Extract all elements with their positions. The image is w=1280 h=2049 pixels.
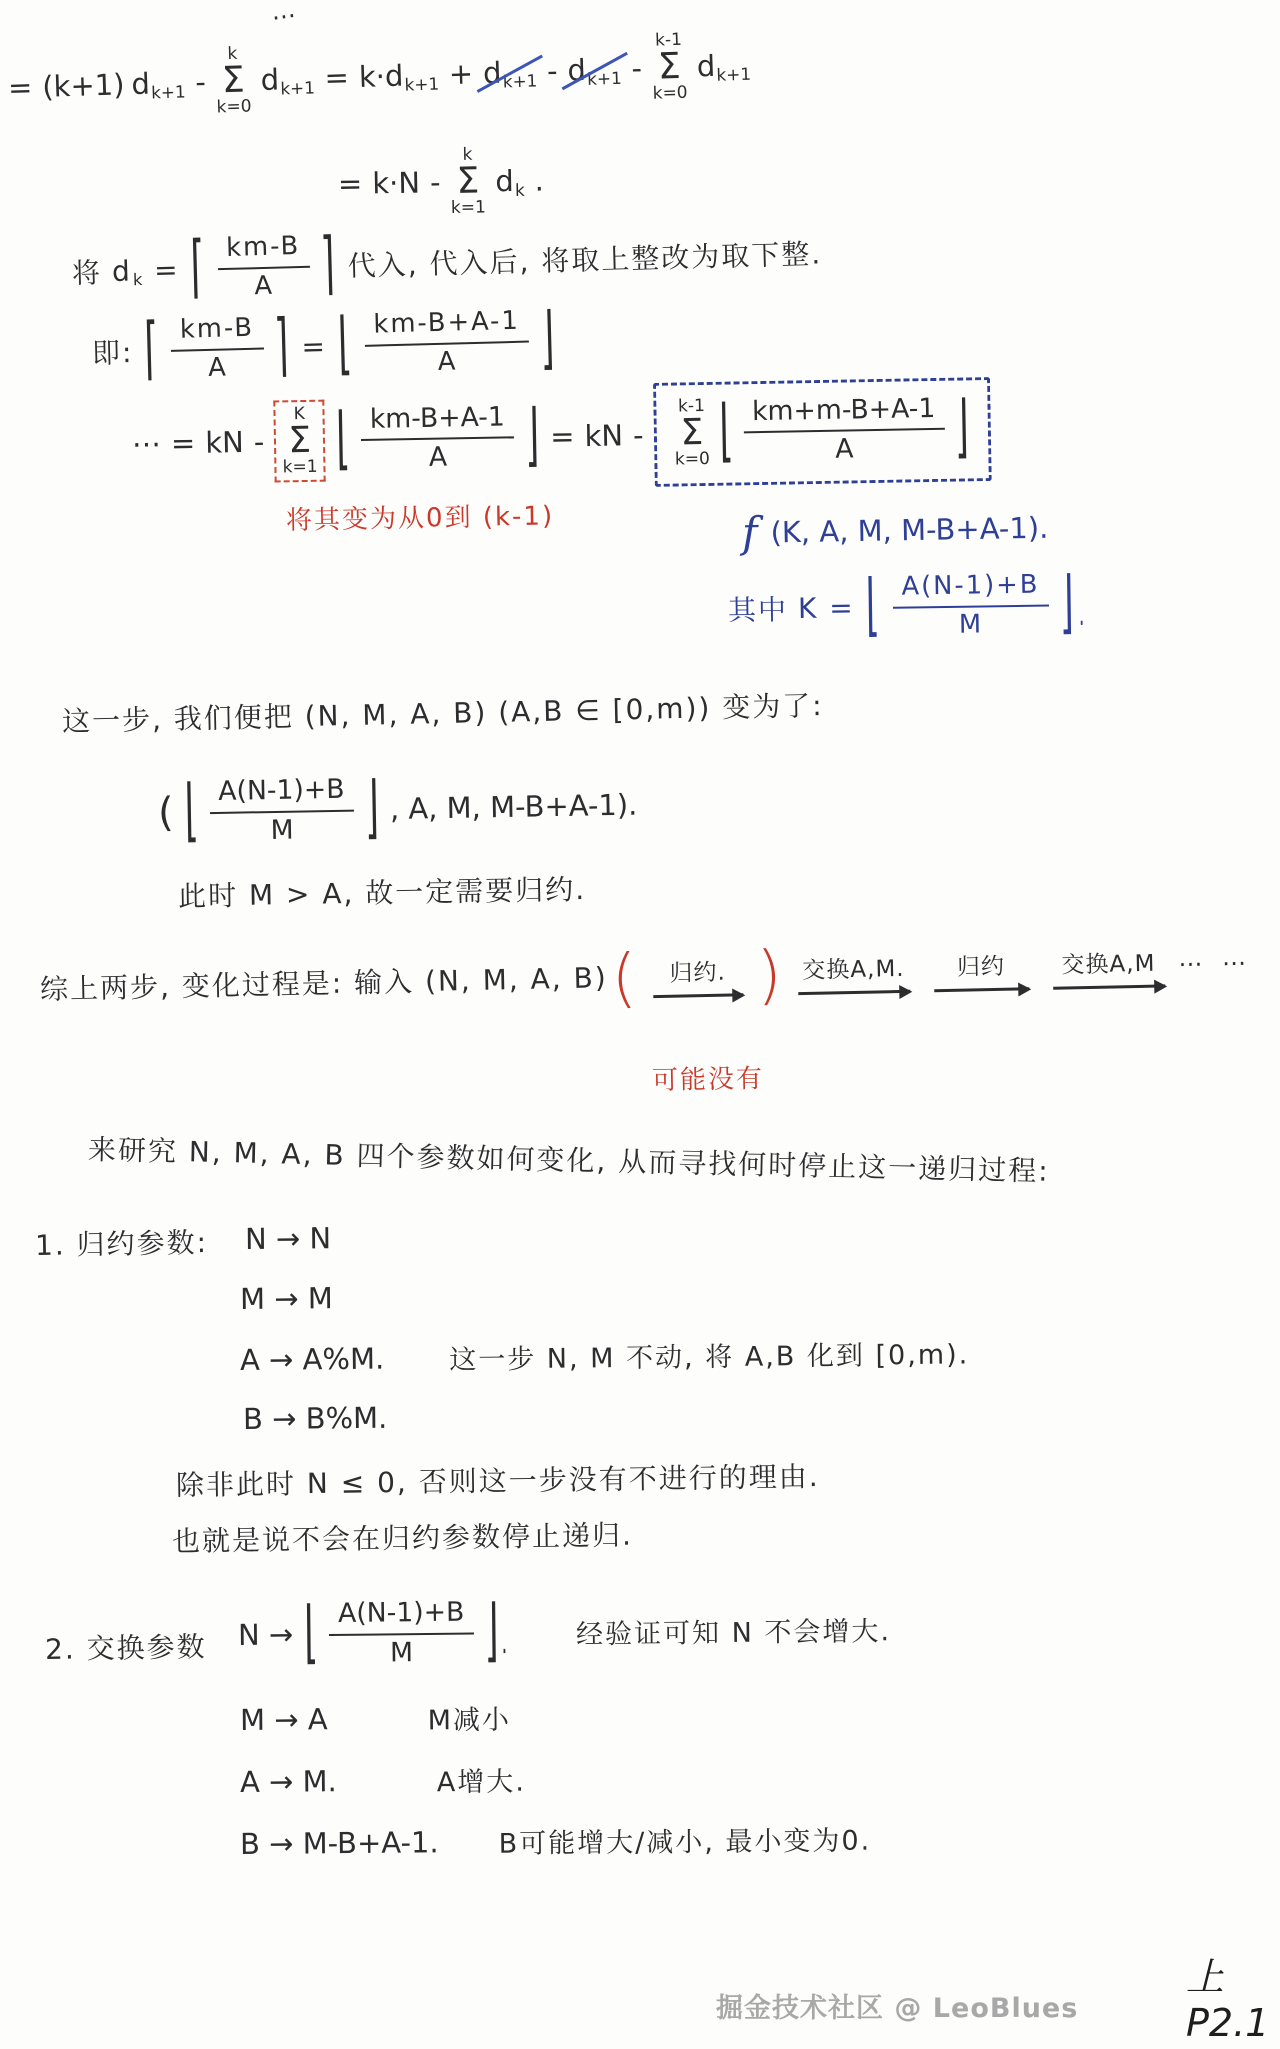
section2-row-m: M → A M减小 bbox=[240, 1698, 511, 1739]
sigma-symbol: Σ bbox=[288, 424, 311, 459]
sum-lower-limit: k=1 bbox=[451, 198, 486, 217]
red-left-paren: ( bbox=[611, 953, 639, 1005]
b-mapping: B → M-B+A-1. bbox=[240, 1825, 439, 1861]
crossed-out-term-2: d k+1 bbox=[567, 52, 622, 88]
crossed-out-term-1: d k+1 bbox=[483, 54, 538, 90]
numerator: km-B+A-1 bbox=[364, 307, 529, 347]
subscript: k+1 bbox=[280, 77, 315, 98]
transform-statement-line: 这一步, 我们便把 (N, M, A, B) (A,B ∈ [0,m)) 变为了… bbox=[62, 684, 824, 740]
transformed-tuple-line: ( ⌊ A(N-1)+B M ⌋ , A, M, M-B+A-1). bbox=[157, 770, 638, 849]
arrow-swap-1: 交换A,M. bbox=[797, 958, 910, 995]
handwritten-math-notes-page: ⋯ = (k+1) d k+1 - k Σ k=0 d k+1 = k·d k+… bbox=[0, 0, 1280, 2049]
equals-sign: = bbox=[550, 419, 575, 453]
sigma-symbol: Σ bbox=[221, 63, 245, 98]
arrow-label: 交换A,M bbox=[1061, 953, 1155, 978]
left-paren: ( bbox=[158, 790, 174, 836]
arrow-shaft bbox=[934, 987, 1029, 992]
denominator: M bbox=[270, 812, 294, 846]
fraction: km-B A bbox=[217, 232, 311, 303]
left-floor-bracket: ⌊ bbox=[865, 573, 882, 642]
arrow-label: 归约. bbox=[669, 962, 726, 986]
numerator: km+m-B+A-1 bbox=[743, 393, 945, 433]
denominator: M bbox=[959, 607, 984, 640]
process-chain-line: 综上两步, 变化过程是: 输入 (N, M, A, B) ( 归约. ) 交换A… bbox=[39, 937, 1252, 1014]
right-floor-bracket: ⌋. bbox=[1059, 570, 1089, 639]
equals-sign: = bbox=[324, 60, 349, 95]
term-d: d k+1 bbox=[260, 61, 315, 97]
left-floor-bracket: ⌊ bbox=[336, 406, 351, 475]
summation-blue: k-1 Σ k=0 bbox=[674, 397, 710, 469]
fraction: A(N-1)+B M bbox=[892, 571, 1049, 641]
a-mapping: A → M. bbox=[240, 1764, 337, 1799]
subscript: k+1 bbox=[716, 63, 751, 84]
row-b-note: B可能增大/减小, 最小变为0. bbox=[498, 1818, 871, 1860]
denominator: M bbox=[390, 1635, 413, 1669]
denominator: A bbox=[208, 350, 228, 383]
m-mapping: M → A bbox=[240, 1702, 328, 1737]
minus-sign: - bbox=[633, 418, 644, 452]
where-k-definition-line: 其中 K = ⌊ A(N-1)+B M ⌋. bbox=[728, 570, 1091, 643]
left-ceiling-bracket: ⌈ bbox=[190, 234, 208, 303]
summation: k Σ k=1 bbox=[450, 145, 486, 217]
arrow-shaft bbox=[798, 990, 910, 995]
blue-dashed-box: k-1 Σ k=0 ⌊ km+m-B+A-1 A ⌋ bbox=[653, 377, 992, 486]
row-m-note: M减小 bbox=[427, 1698, 511, 1738]
need-reduction-line: 此时 M > A, 故一定需要归约. bbox=[178, 868, 587, 915]
row-a-note: A增大. bbox=[437, 1760, 526, 1800]
k-equals: K = bbox=[798, 591, 855, 625]
d-symbol: d bbox=[260, 62, 279, 97]
text-qizhong: 其中 bbox=[728, 588, 789, 629]
sigma-symbol: Σ bbox=[657, 50, 681, 85]
d-symbol: d bbox=[483, 55, 502, 90]
subscript: k bbox=[133, 270, 145, 289]
sigma-symbol: Σ bbox=[680, 416, 703, 451]
d-symbol: d bbox=[131, 66, 150, 101]
denominator: A bbox=[429, 440, 448, 474]
summation-1: k Σ k=0 bbox=[215, 44, 252, 117]
equals-sign: = bbox=[301, 329, 327, 363]
sum-lower-limit: k=0 bbox=[675, 450, 710, 469]
right-floor-bracket: ⌋ bbox=[364, 775, 379, 844]
term-kd: k·d k+1 bbox=[358, 57, 439, 93]
denominator: A bbox=[437, 344, 457, 377]
sigma-symbol: Σ bbox=[456, 164, 479, 199]
red-right-paren: ) bbox=[756, 950, 784, 1002]
denominator: A bbox=[835, 432, 854, 466]
arrow-reduce-optional: 归约. bbox=[652, 961, 743, 998]
left-floor-bracket: ⌊ bbox=[719, 398, 734, 467]
section1-heading: 1. 归约参数: bbox=[35, 1221, 209, 1264]
section2-row-b: B → M-B+A-1. B可能增大/减小, 最小变为0. bbox=[240, 1818, 871, 1863]
equation-line-1: = (k+1) d k+1 - k Σ k=0 d k+1 = k·d k+1 … bbox=[7, 29, 752, 124]
fraction: A(N-1)+B M bbox=[329, 1598, 474, 1670]
kn-term: k·N bbox=[372, 165, 420, 200]
sum-lower-limit: k=0 bbox=[216, 97, 251, 117]
numerator: km-B bbox=[171, 314, 264, 352]
term-d: d k+1 bbox=[696, 47, 751, 83]
section1-row-n: N → N bbox=[245, 1221, 331, 1256]
n-mapping-pre: N → bbox=[238, 1618, 294, 1653]
left-floor-bracket: ⌊ bbox=[304, 1600, 319, 1669]
minus-sign: - bbox=[546, 54, 558, 88]
site-watermark: 掘金技术社区 @ LeoBlues bbox=[716, 1986, 1078, 2025]
chain-ellipsis: ⋯ ⋯ bbox=[1178, 948, 1252, 978]
red-annotation-index-change: 将其变为从0到 (k-1) bbox=[286, 495, 555, 537]
minus-sign: - bbox=[430, 165, 441, 199]
plus-sign: + bbox=[448, 56, 473, 91]
equals-sign: = bbox=[338, 166, 363, 200]
d-symbol: d bbox=[112, 254, 133, 288]
arrow-label: 交换A,M. bbox=[802, 958, 905, 983]
a-mapping: A → A%M. bbox=[240, 1341, 385, 1377]
term-dk: d k bbox=[495, 164, 525, 199]
ceil-floor-identity-line: 即: ⌈ km-B A ⌉ = ⌊ km-B+A-1 A ⌋ bbox=[91, 306, 558, 386]
numerator: A(N-1)+B bbox=[892, 571, 1048, 609]
d-symbol: d bbox=[495, 164, 514, 198]
right-ceiling-bracket: ⌉ bbox=[274, 313, 292, 382]
page-corner-note: 上P2.1 bbox=[1186, 1946, 1280, 2045]
numerator: km-B+A-1 bbox=[361, 402, 515, 441]
top-ellipsis-mark: ⋯ bbox=[270, 1, 298, 32]
study-parameters-line: 来研究 N, M, A, B 四个参数如何变化, 从而寻找何时停止这一递归过程: bbox=[88, 1128, 1051, 1190]
left-ceiling-bracket: ⌈ bbox=[144, 316, 162, 385]
fraction-1: km-B A bbox=[171, 314, 265, 385]
equals-sign: = bbox=[154, 253, 180, 287]
kn-term: kN bbox=[205, 425, 244, 460]
subscript: k+1 bbox=[404, 73, 439, 94]
text-jiang: 将 bbox=[71, 251, 102, 292]
arrow-reduce-2: 归约 bbox=[933, 955, 1029, 992]
right-ceiling-bracket: ⌉ bbox=[320, 231, 338, 300]
left-floor-bracket: ⌊ bbox=[184, 778, 199, 847]
section1-note-1: 除非此时 N ≤ 0, 否则这一步没有不进行的理由. bbox=[176, 1455, 820, 1504]
arrow-label: 归约 bbox=[957, 956, 1005, 980]
term-kp1-d: (k+1) d k+1 bbox=[42, 65, 186, 103]
kn-term: kN bbox=[584, 418, 623, 453]
equation-line-2: = k·N - k Σ k=1 d k . bbox=[337, 144, 544, 219]
subscript: k bbox=[515, 180, 525, 200]
subscript: k+1 bbox=[151, 81, 186, 102]
section1-row-m: M → M bbox=[240, 1281, 333, 1316]
section2-row-a: A → M. A增大. bbox=[240, 1760, 526, 1801]
tuple-rest: , A, M, M-B+A-1). bbox=[390, 788, 638, 826]
boxed-sums-line: ⋯ = kN - K Σ k=1 ⌊ km-B+A-1 A ⌋ = kN - k… bbox=[131, 377, 992, 496]
text-substitute-note: 代入, 代入后, 将取上整改为取下整. bbox=[347, 232, 822, 284]
coeff: (k+1) bbox=[42, 67, 125, 104]
fraction-1: km-B+A-1 A bbox=[361, 402, 515, 475]
f-symbol: f bbox=[742, 508, 758, 557]
right-floor-bracket: ⌋. bbox=[484, 1598, 510, 1667]
section1-row-b: B → B%M. bbox=[243, 1401, 388, 1436]
red-annotation-maybe-absent: 可能没有 bbox=[652, 1058, 765, 1097]
section1-row-a: A → A%M. 这一步 N, M 不动, 将 A,B 化到 [0,m). bbox=[240, 1332, 970, 1379]
sum-lower-limit: k=0 bbox=[652, 84, 687, 104]
numerator: A(N-1)+B bbox=[329, 1598, 474, 1636]
minus-sign: - bbox=[631, 51, 643, 85]
d-symbol: d bbox=[696, 49, 715, 84]
fraction-2: km-B+A-1 A bbox=[364, 307, 530, 380]
right-floor-bracket: ⌋ bbox=[525, 402, 540, 471]
period: . bbox=[534, 163, 544, 197]
arrow-shaft bbox=[653, 993, 743, 998]
numerator: km-B bbox=[217, 232, 310, 270]
term-dk: d k bbox=[112, 254, 145, 288]
kd-symbol: k·d bbox=[358, 58, 403, 93]
process-chain-text: 综上两步, 变化过程是: 输入 (N, M, A, B) bbox=[40, 956, 608, 1008]
equals-sign: = bbox=[7, 70, 32, 105]
sum-lower-limit: k=1 bbox=[283, 458, 318, 477]
subscript: k+1 bbox=[502, 70, 537, 91]
substitution-line: 将 d k = ⌈ km-B A ⌉ 代入, 代入后, 将取上整改为取下整. bbox=[71, 218, 823, 306]
text-ji: 即: bbox=[91, 331, 133, 372]
arrow-shaft bbox=[1053, 985, 1165, 990]
summation-red: K Σ k=1 bbox=[282, 405, 318, 477]
subscript: k+1 bbox=[587, 68, 622, 89]
minus-sign: - bbox=[195, 65, 207, 99]
row-n-note: 经验证可知 N 不会增大. bbox=[576, 1609, 891, 1651]
row-a-note: 这一步 N, M 不动, 将 A,B 化到 [0,m). bbox=[449, 1332, 969, 1376]
minus-sign: - bbox=[253, 424, 264, 458]
summation-2: k-1 Σ k=0 bbox=[651, 31, 688, 104]
d-symbol: d bbox=[567, 53, 586, 88]
fraction: A(N-1)+B M bbox=[209, 775, 354, 848]
ellipsis: ⋯ bbox=[132, 426, 162, 461]
arrow-swap-2: 交换A,M bbox=[1052, 953, 1165, 990]
red-dashed-box: K Σ k=1 bbox=[274, 400, 326, 482]
f-arguments: (K, A, M, M-B+A-1). bbox=[770, 510, 1048, 549]
equals-sign: = bbox=[171, 426, 196, 460]
numerator: A(N-1)+B bbox=[209, 775, 354, 814]
f-function-line: f (K, A, M, M-B+A-1). bbox=[742, 503, 1049, 557]
fraction-2: km+m-B+A-1 A bbox=[743, 393, 946, 467]
section1-note-2: 也就是说不会在归约参数停止递归. bbox=[172, 1514, 633, 1560]
right-floor-bracket: ⌋ bbox=[539, 306, 557, 375]
section2-heading: 2. 交换参数 bbox=[45, 1625, 207, 1668]
left-floor-bracket: ⌊ bbox=[337, 311, 355, 380]
right-floor-bracket: ⌋ bbox=[954, 394, 969, 463]
denominator: A bbox=[254, 268, 274, 301]
section2-row-n: N → ⌊ A(N-1)+B M ⌋. 经验证可知 N 不会增大. bbox=[238, 1593, 892, 1670]
